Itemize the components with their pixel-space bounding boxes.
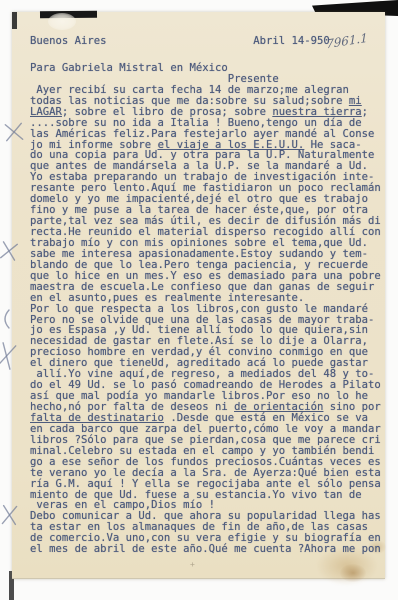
pencil-x-mark [5, 123, 22, 140]
edge-notch-mark [12, 12, 17, 29]
letter-line: Buenos Aires Abril 14-950 [30, 36, 382, 47]
letter-body: Buenos Aires Abril 14-950Para Gabriela M… [30, 36, 382, 555]
faint-plus-mark: + [190, 560, 195, 569]
letter-line [30, 47, 382, 63]
paper-stain [340, 564, 366, 582]
pencil-x-mark [0, 343, 16, 369]
letter-line: el mes de abril de este año.Qué me cuent… [30, 544, 382, 555]
pencil-x-mark [1, 242, 18, 260]
pencil-paren-mark [1, 310, 9, 328]
letter-page: + 7961.1 Buenos Aires Abril 14-950Para G… [12, 12, 385, 579]
scan-background: + 7961.1 Buenos Aires Abril 14-950Para G… [0, 0, 398, 600]
torn-patch [48, 13, 76, 30]
pencil-x-mark [2, 506, 16, 525]
